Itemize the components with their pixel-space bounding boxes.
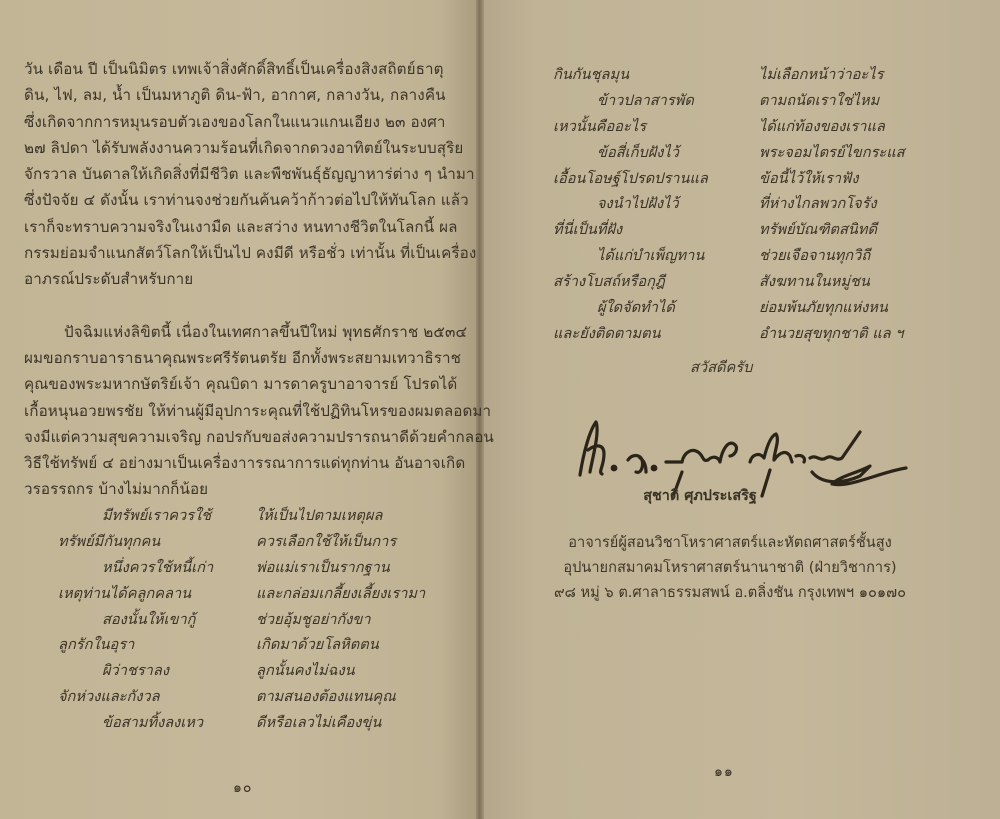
text-line: ซึ่งปัจจัย ๔ ดังนั้น เราท่านจงช่วยกันค้น…	[24, 187, 464, 213]
signer-position: อุปนายกสมาคมโหราศาสตร์นานาชาติ (ฝ่ายวิชา…	[530, 555, 930, 580]
text-line: เกื้อหนุนอวยพรชัย ให้ท่านผู้มีอุปการะคุณ…	[24, 398, 464, 424]
poem-line: ควรเลือกใช้ให้เป็นการ	[256, 529, 425, 555]
right-poem-column-a: กินกันชุลมุน ข้าวปลาสารพัด เหวนั้นคืออะไ…	[553, 62, 708, 347]
right-poem-column-b: ไม่เลือกหน้าว่าอะไร ตามถนัดเราใช่ไหม ได้…	[759, 62, 905, 347]
text-line: วรอรรถกร บ้างไม่มากก็น้อย	[24, 476, 464, 502]
poem-line: ตามถนัดเราใช่ไหม	[759, 88, 905, 114]
text-line: กรรมย่อมจำแนกสัตว์โลกให้เป็นไป คงมีดี หร…	[24, 240, 464, 266]
poem-line: ทรัพย์บัณฑิตสนิทดี	[759, 217, 905, 243]
text-line: อาภรณ์ประดับสำหรับกาย	[24, 266, 464, 292]
text-line: ผมขอกราบอาราธนาคุณพระศรีรัตนตรัย อีกทั้ง…	[24, 345, 464, 371]
text-line: ปัจฉิมแห่งลิขิตนี้ เนื่องในเทศกาลขึ้นปีใ…	[24, 319, 464, 345]
poem-line: ดีหรือเลวไม่เคืองขุ่น	[256, 710, 425, 736]
paragraph-1: วัน เดือน ปี เป็นนิมิตร เทพเจ้าสิ่งศักดิ…	[24, 56, 464, 293]
poem-line: ข้อสี่เก็บฝังไว้	[553, 140, 708, 166]
signer-name: สุชาติ ศุภประเสริฐ	[620, 484, 780, 507]
poem-line: และยังติดตามตน	[553, 321, 708, 347]
paragraph-2: ปัจฉิมแห่งลิขิตนี้ เนื่องในเทศกาลขึ้นปีใ…	[24, 319, 464, 503]
text-line: จักรวาล บันดาลให้เกิดสิ่งที่มีชีวิต และพ…	[24, 161, 464, 187]
poem-line: ลูกนั้นคงไม่ฉงน	[256, 658, 425, 684]
poem-line: สร้างโบสถ์หรือกุฎี	[553, 269, 708, 295]
poem-line: ข้อสามทิ้งลงเหว	[58, 710, 213, 736]
poem-line: และกล่อมเกลี้ยงเลี้ยงเรามา	[256, 581, 425, 607]
poem-line: ที่นี่เป็นที่ฝัง	[553, 217, 708, 243]
poem-line: ช่วยอุ้มชูอย่ากังขา	[256, 607, 425, 633]
page-number-right: ๑๑	[714, 761, 734, 783]
poem-line: ได้แก่ท้องของเราแล	[759, 114, 905, 140]
book-spread: วัน เดือน ปี เป็นนิมิตร เทพเจ้าสิ่งศักดิ…	[0, 0, 1000, 819]
closing-greeting: สวัสดีครับ	[690, 356, 752, 379]
signer-title: อาจารย์ผู้สอนวิชาโหราศาสตร์และหัตถศาสตร์…	[530, 530, 930, 555]
text-line: ซึ่งเกิดจากการหมุนรอบตัวเองของโลกในแนวแก…	[24, 109, 464, 135]
poem-line: เอื้อนโอษฐ์โปรดปรานแล	[553, 166, 708, 192]
poem-line: ผู้ใดจัดทำได้	[553, 295, 708, 321]
text-line: ๒๗ ลิปดา ได้รับพลังงานความร้อนที่เกิดจาก…	[24, 135, 464, 161]
poem-line: พระจอมไตรย์ไขกระแส	[759, 140, 905, 166]
poem-line: ให้เป็นไปตามเหตุผล	[256, 503, 425, 529]
poem-line: จักห่วงและกังวล	[58, 684, 213, 710]
text-line: จงมีแต่ความสุขความเจริญ กอปรกับขอส่งความ…	[24, 424, 464, 450]
poem-line: อำนวยสุขทุกชาติ แล ฯ	[759, 321, 905, 347]
poem-line: เกิดมาด้วยโลหิตตน	[256, 632, 425, 658]
poem-line: จงนำไปฝังไว้	[553, 191, 708, 217]
poem-line: ทรัพย์มีกันทุกคน	[58, 529, 213, 555]
poem-line: เหตุท่านได้คลูกคลาน	[58, 581, 213, 607]
signer-credentials: อาจารย์ผู้สอนวิชาโหราศาสตร์และหัตถศาสตร์…	[530, 530, 930, 605]
text-line: วัน เดือน ปี เป็นนิมิตร เทพเจ้าสิ่งศักดิ…	[24, 56, 464, 82]
poem-line: ข้อนี้ไว้ให้เราฟัง	[759, 166, 905, 192]
poem-line: ไม่เลือกหน้าว่าอะไร	[759, 62, 905, 88]
poem-line: ลูกรักในอุรา	[58, 632, 213, 658]
left-poem-column-b: ให้เป็นไปตามเหตุผล ควรเลือกใช้ให้เป็นการ…	[256, 503, 425, 736]
text-line: วิธีใช้ทรัพย์ ๔ อย่างมาเป็นเครื่องาารรณา…	[24, 450, 464, 476]
poem-line: สองนั้นให้เขากู้	[58, 607, 213, 633]
poem-line: ย่อมพ้นภัยทุกแห่งหน	[759, 295, 905, 321]
text-line: คุณของพระมหากษัตริย์เจ้า คุณบิดา มารดาคร…	[24, 371, 464, 397]
text-line: เราก็จะทราบความจริงในเงามืด และสว่าง หนท…	[24, 214, 464, 240]
text-line: ดิน, ไฟ, ลม, น้ำ เป็นมหาภูติ ดิน-ฟ้า, อา…	[24, 82, 464, 108]
poem-line: หนึ่งควรใช้หนี้เก่า	[58, 555, 213, 581]
poem-line: เหวนั้นคืออะไร	[553, 114, 708, 140]
poem-line: มีทรัพย์เราควรใช้	[58, 503, 213, 529]
page-number-left: ๑๐	[233, 777, 252, 799]
poem-line: สังฆทานในหมู่ชน	[759, 269, 905, 295]
poem-line: ข้าวปลาสารพัด	[553, 88, 708, 114]
poem-line: ที่ห่างไกลพวกโจรัง	[759, 191, 905, 217]
left-poem-column-a: มีทรัพย์เราควรใช้ ทรัพย์มีกันทุกคน หนึ่ง…	[58, 503, 213, 736]
poem-line: ผิว่าชราลง	[58, 658, 213, 684]
poem-line: พ่อแม่เราเป็นรากฐาน	[256, 555, 425, 581]
signer-address: ๙๘ หมู่ ๖ ต.ศาลาธรรมสพน์ อ.ตลิ่งชัน กรุง…	[530, 580, 930, 605]
poem-line: ตามสนองต้องแทนคุณ	[256, 684, 425, 710]
poem-line: กินกันชุลมุน	[553, 62, 708, 88]
poem-line: ช่วยเจือจานทุกวิถี	[759, 243, 905, 269]
poem-line: ได้แก่บำเพ็ญทาน	[553, 243, 708, 269]
left-prose: วัน เดือน ปี เป็นนิมิตร เทพเจ้าสิ่งศักดิ…	[24, 56, 464, 503]
